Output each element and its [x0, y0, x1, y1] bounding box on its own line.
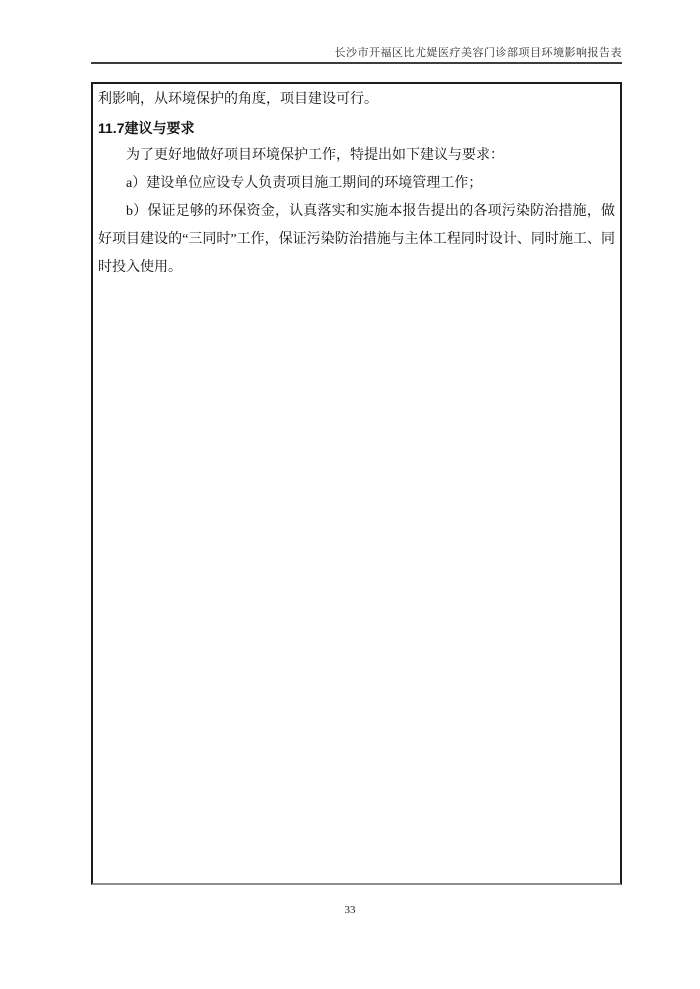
header-divider-line	[91, 62, 622, 64]
content-table-cell: 利影响，从环境保护的角度，项目建设可行。 11.7建议与要求 为了更好地做好项目…	[91, 82, 622, 885]
report-header-title: 长沙市开福区比尤媞医疗美容门诊部项目环境影响报告表	[91, 44, 622, 60]
paragraph-item-a: a）建设单位应设专人负责项目施工期间的环境管理工作；	[98, 170, 615, 198]
section-heading: 11.7建议与要求	[98, 114, 615, 142]
document-page: 长沙市开福区比尤媞医疗美容门诊部项目环境影响报告表 利影响，从环境保护的角度，项…	[0, 0, 700, 989]
continuation-paragraph: 利影响，从环境保护的角度，项目建设可行。	[98, 86, 615, 114]
paragraph-item-b: b）保证足够的环保资金，认真落实和实施本报告提出的各项污染防治措施，做好项目建设…	[98, 198, 615, 282]
page-number: 33	[0, 904, 700, 916]
paragraph-intro: 为了更好地做好项目环境保护工作，特提出如下建议与要求：	[98, 142, 615, 170]
